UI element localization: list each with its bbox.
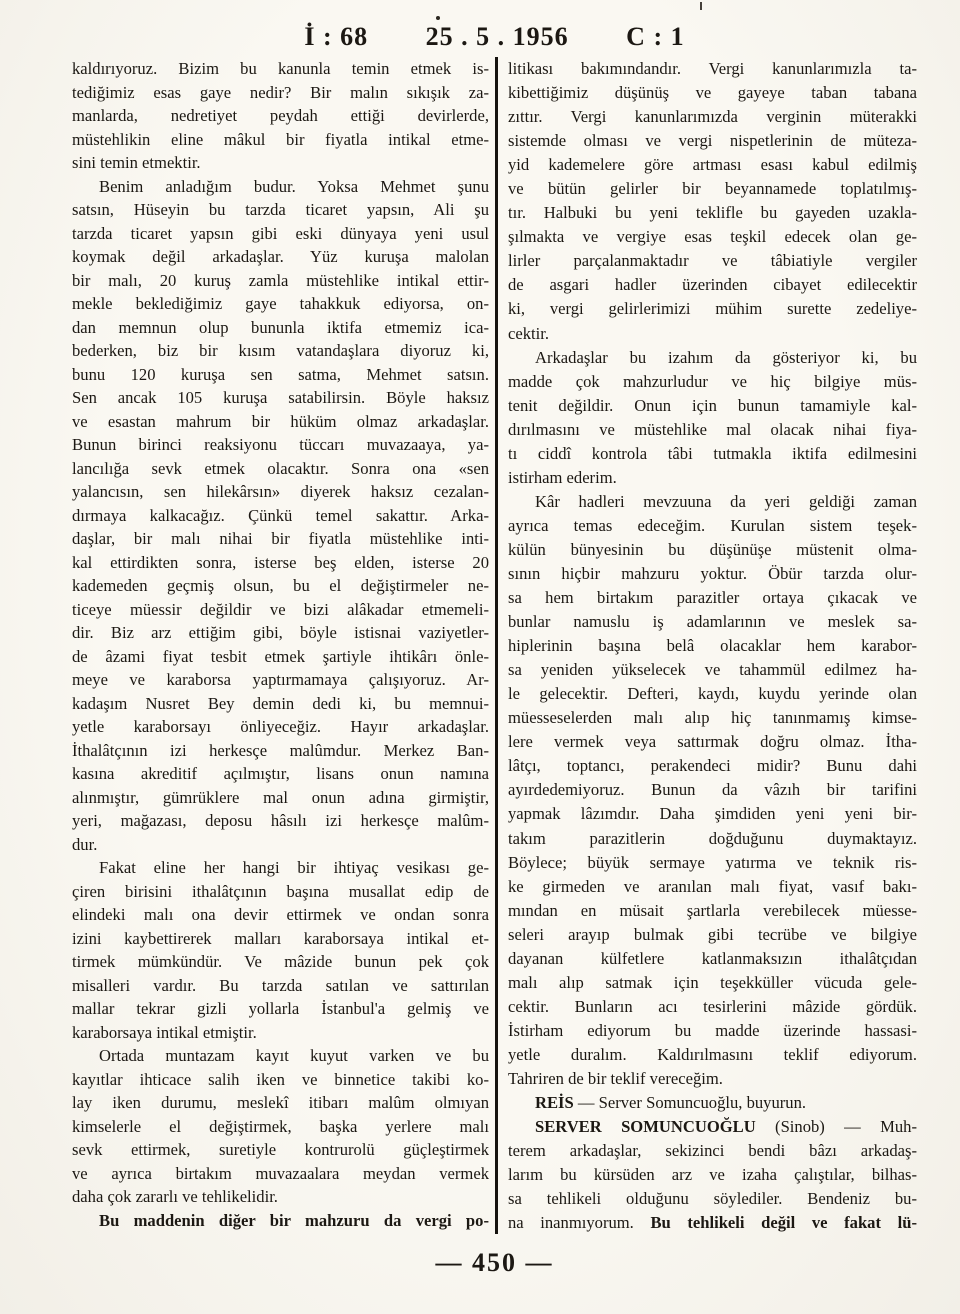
text-line: bederken, biz bir kısım vatandaşlara diy…	[72, 339, 489, 363]
text-line: le gelecektir. Defteri, kaydı, kuydu yer…	[508, 682, 917, 706]
text-line: de âzami fiyat tesbit etmek şartiyle iht…	[72, 645, 489, 669]
text-line: kaldırıyoruz. Bizim bu kanunla temin etm…	[72, 57, 489, 81]
session-date: 25 . 5 . 1956	[426, 22, 569, 52]
text-line: ve ayrıca birtakım muvazaalara meydan ve…	[72, 1162, 489, 1186]
text-line: elindeki malı ona devir ettirmek ve onda…	[72, 903, 489, 927]
text-line: ki, vergi gelirlerimizi mühim surette ze…	[508, 297, 917, 321]
text-line: madde çok mahzurludur ve hiç bilgiye müs…	[508, 370, 917, 394]
text-line: kal ettirdikten sonra, isterse beş elden…	[72, 551, 489, 575]
text-line: terem arkadaşlar, sekizinci bendi bâzı a…	[508, 1139, 917, 1163]
text-line: sini temin etmektir.	[72, 151, 489, 175]
text-line: kayıtlar ihticace salih iken ve binnetic…	[72, 1068, 489, 1092]
text-line: dir. Biz arz ettiğim gibi, böyle istisna…	[72, 621, 489, 645]
ink-speck	[436, 16, 440, 20]
text-line: seleri arayıp bulmak gibi tecrübe ve bil…	[508, 923, 917, 947]
text-line: dırmaya kalkacağız. Çünkü temel sakattır…	[72, 504, 489, 528]
text-line: sının hiçbir mahzuru yoktur. Öbür tarzda…	[508, 562, 917, 586]
text-line: kadaşım Nusret Bey demin dedi ki, bu mem…	[72, 692, 489, 716]
text-line: hiplerinin başına belâ olacaklar hem kar…	[508, 634, 917, 658]
text-line: cektir.	[508, 322, 917, 346]
text-line: çiren birisini ithalâtçının başına musal…	[72, 880, 489, 904]
text-line: Bu maddenin diğer bir mahzuru da vergi p…	[72, 1209, 489, 1233]
text-line: Kâr hadleri mevzuuna da yeri geldiği zam…	[508, 490, 917, 514]
text-line: tirmek mümkündür. Ve mâzide bunun pek ço…	[72, 950, 489, 974]
text-line: sistemde olması ve vergi nispetlerinin d…	[508, 129, 917, 153]
left-column: kaldırıyoruz. Bizim bu kanunla temin etm…	[72, 57, 489, 1232]
text-line: alınmıştır, gümrüklere mal onun adına gi…	[72, 786, 489, 810]
text-line: litikası bakımındandır. Vergi kanunlarım…	[508, 57, 917, 81]
text-line: kasına akreditif açılmıştır, lisans onun…	[72, 762, 489, 786]
text-line: takım parazitlerin doğduğunu duymaktayız…	[508, 827, 917, 851]
text-line: sa yeniden yükselecek ve tahammül edilme…	[508, 658, 917, 682]
text-line: İstirham ediyorum bu madde üzerinde hass…	[508, 1019, 917, 1043]
text-line: Benim anladığım budur. Yoksa Mehmet şunu	[72, 175, 489, 199]
text-line: ticeye müessir değildir ve bizi alâkadar…	[72, 598, 489, 622]
text-line: yid kademelere göre artması esası kabul …	[508, 153, 917, 177]
text-line: Arkadaşlar bu izahım da gösteriyor ki, b…	[508, 346, 917, 370]
text-line: yetle duralım. Kaldırılmasını teklif edi…	[508, 1043, 917, 1067]
text-line: zıttır. Vergi kanunlarımızda verginin mü…	[508, 105, 917, 129]
text-line: misalleri vardır. Bu tarzda satılan ve s…	[72, 974, 489, 998]
text-line: REİS — Server Somuncuoğlu, buyurun.	[508, 1091, 917, 1115]
text-line: tediğimiz esas gaye nedir? Bir malın sık…	[72, 81, 489, 105]
text-line: müstehlikin eline mâkul bir fiyatla inti…	[72, 128, 489, 152]
text-line: Fakat eline her hangi bir ihtiyaç vesika…	[72, 856, 489, 880]
page-number: — 450 —	[72, 1248, 917, 1278]
page-header: İ : 68 25 . 5 . 1956 C : 1	[72, 22, 917, 52]
text-line: yeri, mağazası, deposu hâsılı izi herkes…	[72, 809, 489, 833]
text-line: şılmakta ve vergiye esas teşkil edecek o…	[508, 225, 917, 249]
text-line: kademeden geçmiş olsun, bu el değiştirme…	[72, 574, 489, 598]
text-line: ayırdedemiyoruz. Bunun da vâzıh bir tari…	[508, 778, 917, 802]
document-page: İ : 68 25 . 5 . 1956 C : 1 kaldırıyoruz.…	[0, 0, 960, 1314]
text-line: sa tehlikeli olduğunu söylediler. Benden…	[508, 1187, 917, 1211]
text-line: de asgari hadler üzerinden cibayet edile…	[508, 273, 917, 297]
text-line: mekle beklediğimiz gaye tahakkuk ediyors…	[72, 292, 489, 316]
text-line: İthalâtçının izi herkesçe malûmdur. Merk…	[72, 739, 489, 763]
text-line: lâtçı, toptancı, perakendeci midir? Bunu…	[508, 754, 917, 778]
text-line: istirham ederim.	[508, 466, 917, 490]
text-line: ve esastan mahrum bir hüküm olmaz arkada…	[72, 410, 489, 434]
text-line: lancılığa sevk etmek olacaktır. Sonra on…	[72, 457, 489, 481]
text-line: kimselerle el değiştirmek, başka yerlere…	[72, 1115, 489, 1139]
text-line: tarzda ticaret yapsın gibi eski dünyaya …	[72, 222, 489, 246]
text-line: ve bütün gelirler bir beyannamede toplat…	[508, 177, 917, 201]
text-line: larım bu kürsüden arz ve izaha çalıştıla…	[508, 1163, 917, 1187]
text-line: Böylece; büyük sermaye yatırma ve teknik…	[508, 851, 917, 875]
text-line: izini kaybettirerek malları karaborsaya …	[72, 927, 489, 951]
text-line: müesseselerden malı alıp hiç tanınmamış …	[508, 706, 917, 730]
text-line: ayrıca temas edeceğim. Kurulan sistem te…	[508, 514, 917, 538]
text-line: külün bünyesinin bu düşünüşe müstenit ol…	[508, 538, 917, 562]
text-line: tı ciddî kontrola tâbi tutmakla iktifa e…	[508, 442, 917, 466]
ink-speck	[700, 2, 702, 10]
text-line: manlarda, nedretiyet peydah ettiği devir…	[72, 104, 489, 128]
column-divider	[495, 57, 498, 1234]
text-line: yalancısın, sen hilekârsın» diyerek haks…	[72, 480, 489, 504]
text-line: bir malı, 20 kuruş zamla müstehlike inti…	[72, 269, 489, 293]
text-line: ke girmeden ve aranılan malı fiyat, vası…	[508, 875, 917, 899]
text-line: yetle karaborsayı önliyeceğiz. Hayır ark…	[72, 715, 489, 739]
text-line: sevk ettirmek, suretiyle kontrurolü güçl…	[72, 1138, 489, 1162]
text-line: Tahriren de bir teklif vereceğim.	[508, 1067, 917, 1091]
text-line: satsın, Hüseyin bu tarzda ticaret yapsın…	[72, 198, 489, 222]
right-column: litikası bakımındandır. Vergi kanunlarım…	[508, 57, 917, 1235]
text-line: tır. Halbuki bu yeni teklifle bu gayeden…	[508, 201, 917, 225]
text-line: mallar tekrar gizli yollarla İstanbul'a …	[72, 997, 489, 1021]
text-line: bunlar namuslu iş adamlarının ve meslek …	[508, 610, 917, 634]
text-line: karaborsaya intikal etmiştir.	[72, 1021, 489, 1045]
text-line: Sen ancak 105 kuruşa satabilirsin. Böyle…	[72, 386, 489, 410]
text-line: koymak değil arkadaşlar. Yüz kuruşa malo…	[72, 245, 489, 269]
text-line: lay iken durumu, meslekî itibarı malûm o…	[72, 1091, 489, 1115]
text-line: dan memnun olup bununla iktifa etmemiz i…	[72, 316, 489, 340]
session-number: İ : 68	[304, 22, 368, 52]
text-line: lere vermek veya sattırmak doğru olmaz. …	[508, 730, 917, 754]
text-line: meye ve karaborsa yaptırmamaya çalışıyor…	[72, 668, 489, 692]
text-line: dur.	[72, 833, 489, 857]
text-line: na inanmıyorum. Bu tehlikeli değil ve fa…	[508, 1211, 917, 1235]
text-line: dırılmasını ve müstehlike mal olacak nih…	[508, 418, 917, 442]
text-line: daşlar, bir malı nihai bir fiyatla müste…	[72, 527, 489, 551]
text-line: malı alıp satmak için teşekküller vücuda…	[508, 971, 917, 995]
text-line: bunu 120 kuruşa sen satma, Mehmet satsın…	[72, 363, 489, 387]
text-line: SERVER SOMUNCUOĞLU (Sinob) — Muh-	[508, 1115, 917, 1139]
text-line: tenit değildir. Onun için bunun tamamiyl…	[508, 394, 917, 418]
text-line: Ortada muntazam kayıt kuyut varken ve bu	[72, 1044, 489, 1068]
text-line: mından en müsait şartlarla verebilecek m…	[508, 899, 917, 923]
text-line: cektir. Bunların acı tesirlerini mâzide …	[508, 995, 917, 1019]
text-line: Bunun birinci reaksiyonu tüccarı muvazaa…	[72, 433, 489, 457]
text-line: sa hem birtakım parazitler ortaya çıkaca…	[508, 586, 917, 610]
text-line: kibettiğimiz düşünüş ve gayeye taban tab…	[508, 81, 917, 105]
text-line: yapmak lâzımdır. Daha şimdiden yeni yeni…	[508, 802, 917, 826]
text-line: daha çok zararlı ve tehlikelidir.	[72, 1185, 489, 1209]
text-line: lirler parçalanmaktadır ve tâbiatiyle ve…	[508, 249, 917, 273]
text-line: dayanan külfetlere katlanmaksızın ithalâ…	[508, 947, 917, 971]
sitting-number: C : 1	[626, 22, 684, 52]
